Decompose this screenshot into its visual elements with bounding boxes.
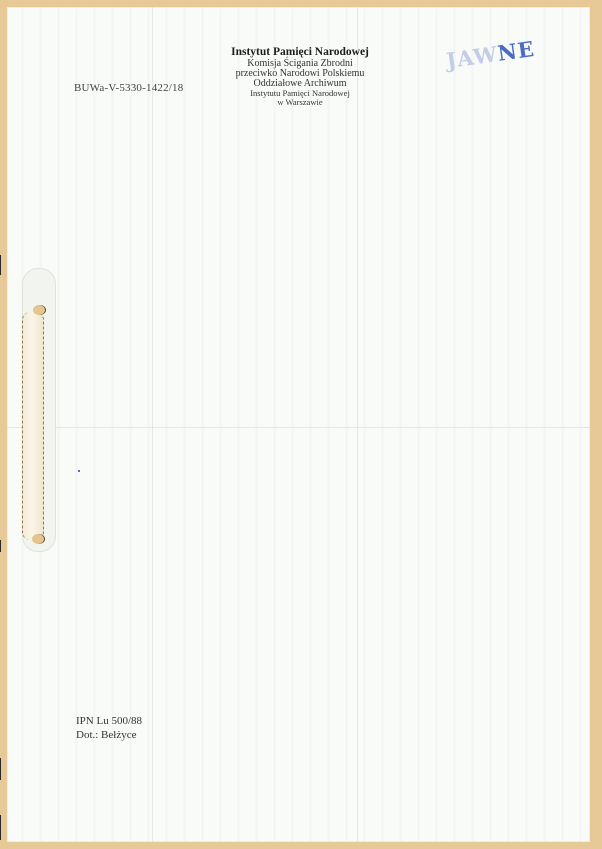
bleed-through-rule: [357, 7, 358, 842]
folder-edge-mark: [0, 255, 1, 275]
header-line: w Warszawie: [200, 98, 400, 107]
archive-signature-subject: Dot.: Bełżyce: [76, 728, 142, 742]
archive-signature-number: IPN Lu 500/88: [76, 714, 142, 728]
binder-hole-icon: [33, 305, 45, 315]
binding-string: [22, 312, 44, 540]
institution-title: Instytut Pamięci Narodowej: [200, 46, 400, 58]
folder-edge-mark: [0, 758, 1, 780]
reference-number: BUWa-V-5330-1422/18: [74, 82, 183, 94]
folder-edge-mark: [0, 540, 1, 552]
institution-header: Instytut Pamięci Narodowej Komisja Ściga…: [200, 46, 400, 107]
bleed-through-rule: [152, 7, 153, 842]
ink-mark: [78, 470, 80, 472]
binder-hole-icon: [32, 534, 44, 544]
bleed-through-fold: [7, 427, 590, 428]
archive-signature: IPN Lu 500/88 Dot.: Bełżyce: [76, 714, 142, 742]
stamp-bold-text: NE: [496, 36, 536, 66]
folder-edge-mark: [0, 815, 1, 840]
